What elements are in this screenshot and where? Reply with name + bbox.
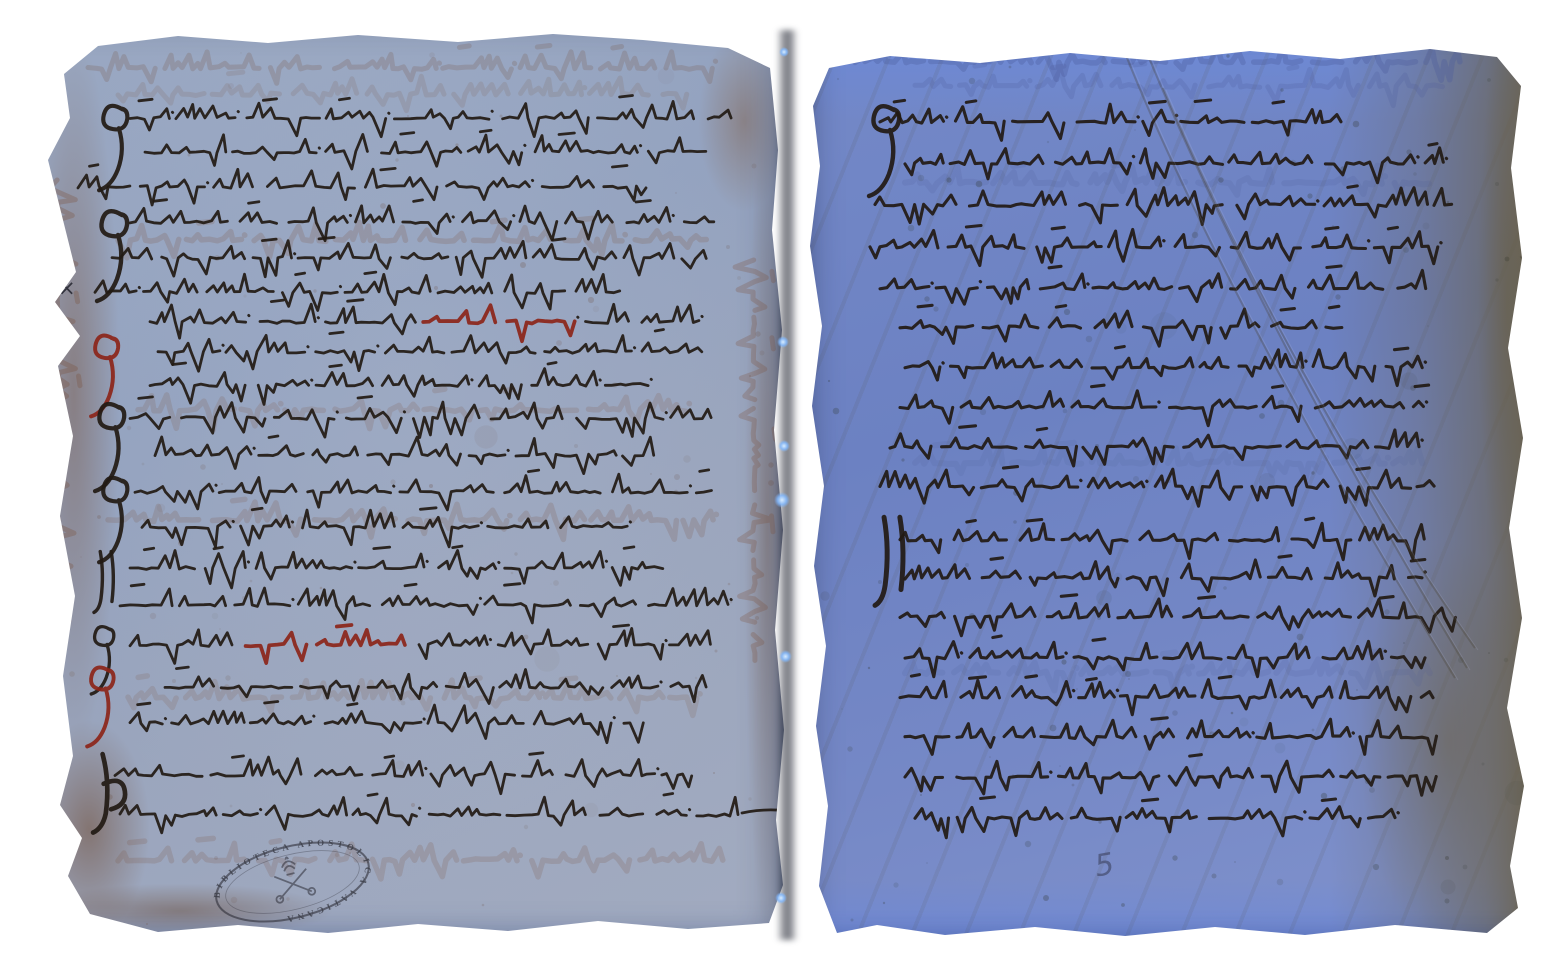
stamp-inner-ring	[219, 839, 365, 925]
right-page-handwriting	[795, 28, 1537, 943]
margin-cross-mark: ×	[58, 276, 76, 300]
text-lines	[78, 96, 788, 833]
manuscript-right-page: 5	[795, 28, 1537, 943]
manuscript-photo: × BIBLIOTECA APOSTOLICA VATICANA 5	[0, 0, 1557, 954]
illuminated-initials	[87, 106, 127, 833]
stain-specks	[28, 30, 774, 925]
gutter-glint	[778, 440, 790, 452]
undertext-layer	[38, 46, 775, 880]
manuscript-left-page: × BIBLIOTECA APOSTOLICA VATICANA	[28, 30, 790, 938]
papal-keys-tiara-emblem	[267, 853, 316, 904]
gutter-glint	[779, 47, 789, 57]
gutter-glint	[777, 336, 789, 348]
undertext-layer	[855, 41, 1460, 692]
gutter-glint	[775, 892, 787, 904]
gutter-glint	[774, 492, 790, 508]
binding-gutter-shadow	[776, 30, 798, 940]
illuminated-initials	[869, 106, 903, 605]
left-page-handwriting	[28, 30, 790, 938]
gutter-glint	[779, 650, 792, 663]
